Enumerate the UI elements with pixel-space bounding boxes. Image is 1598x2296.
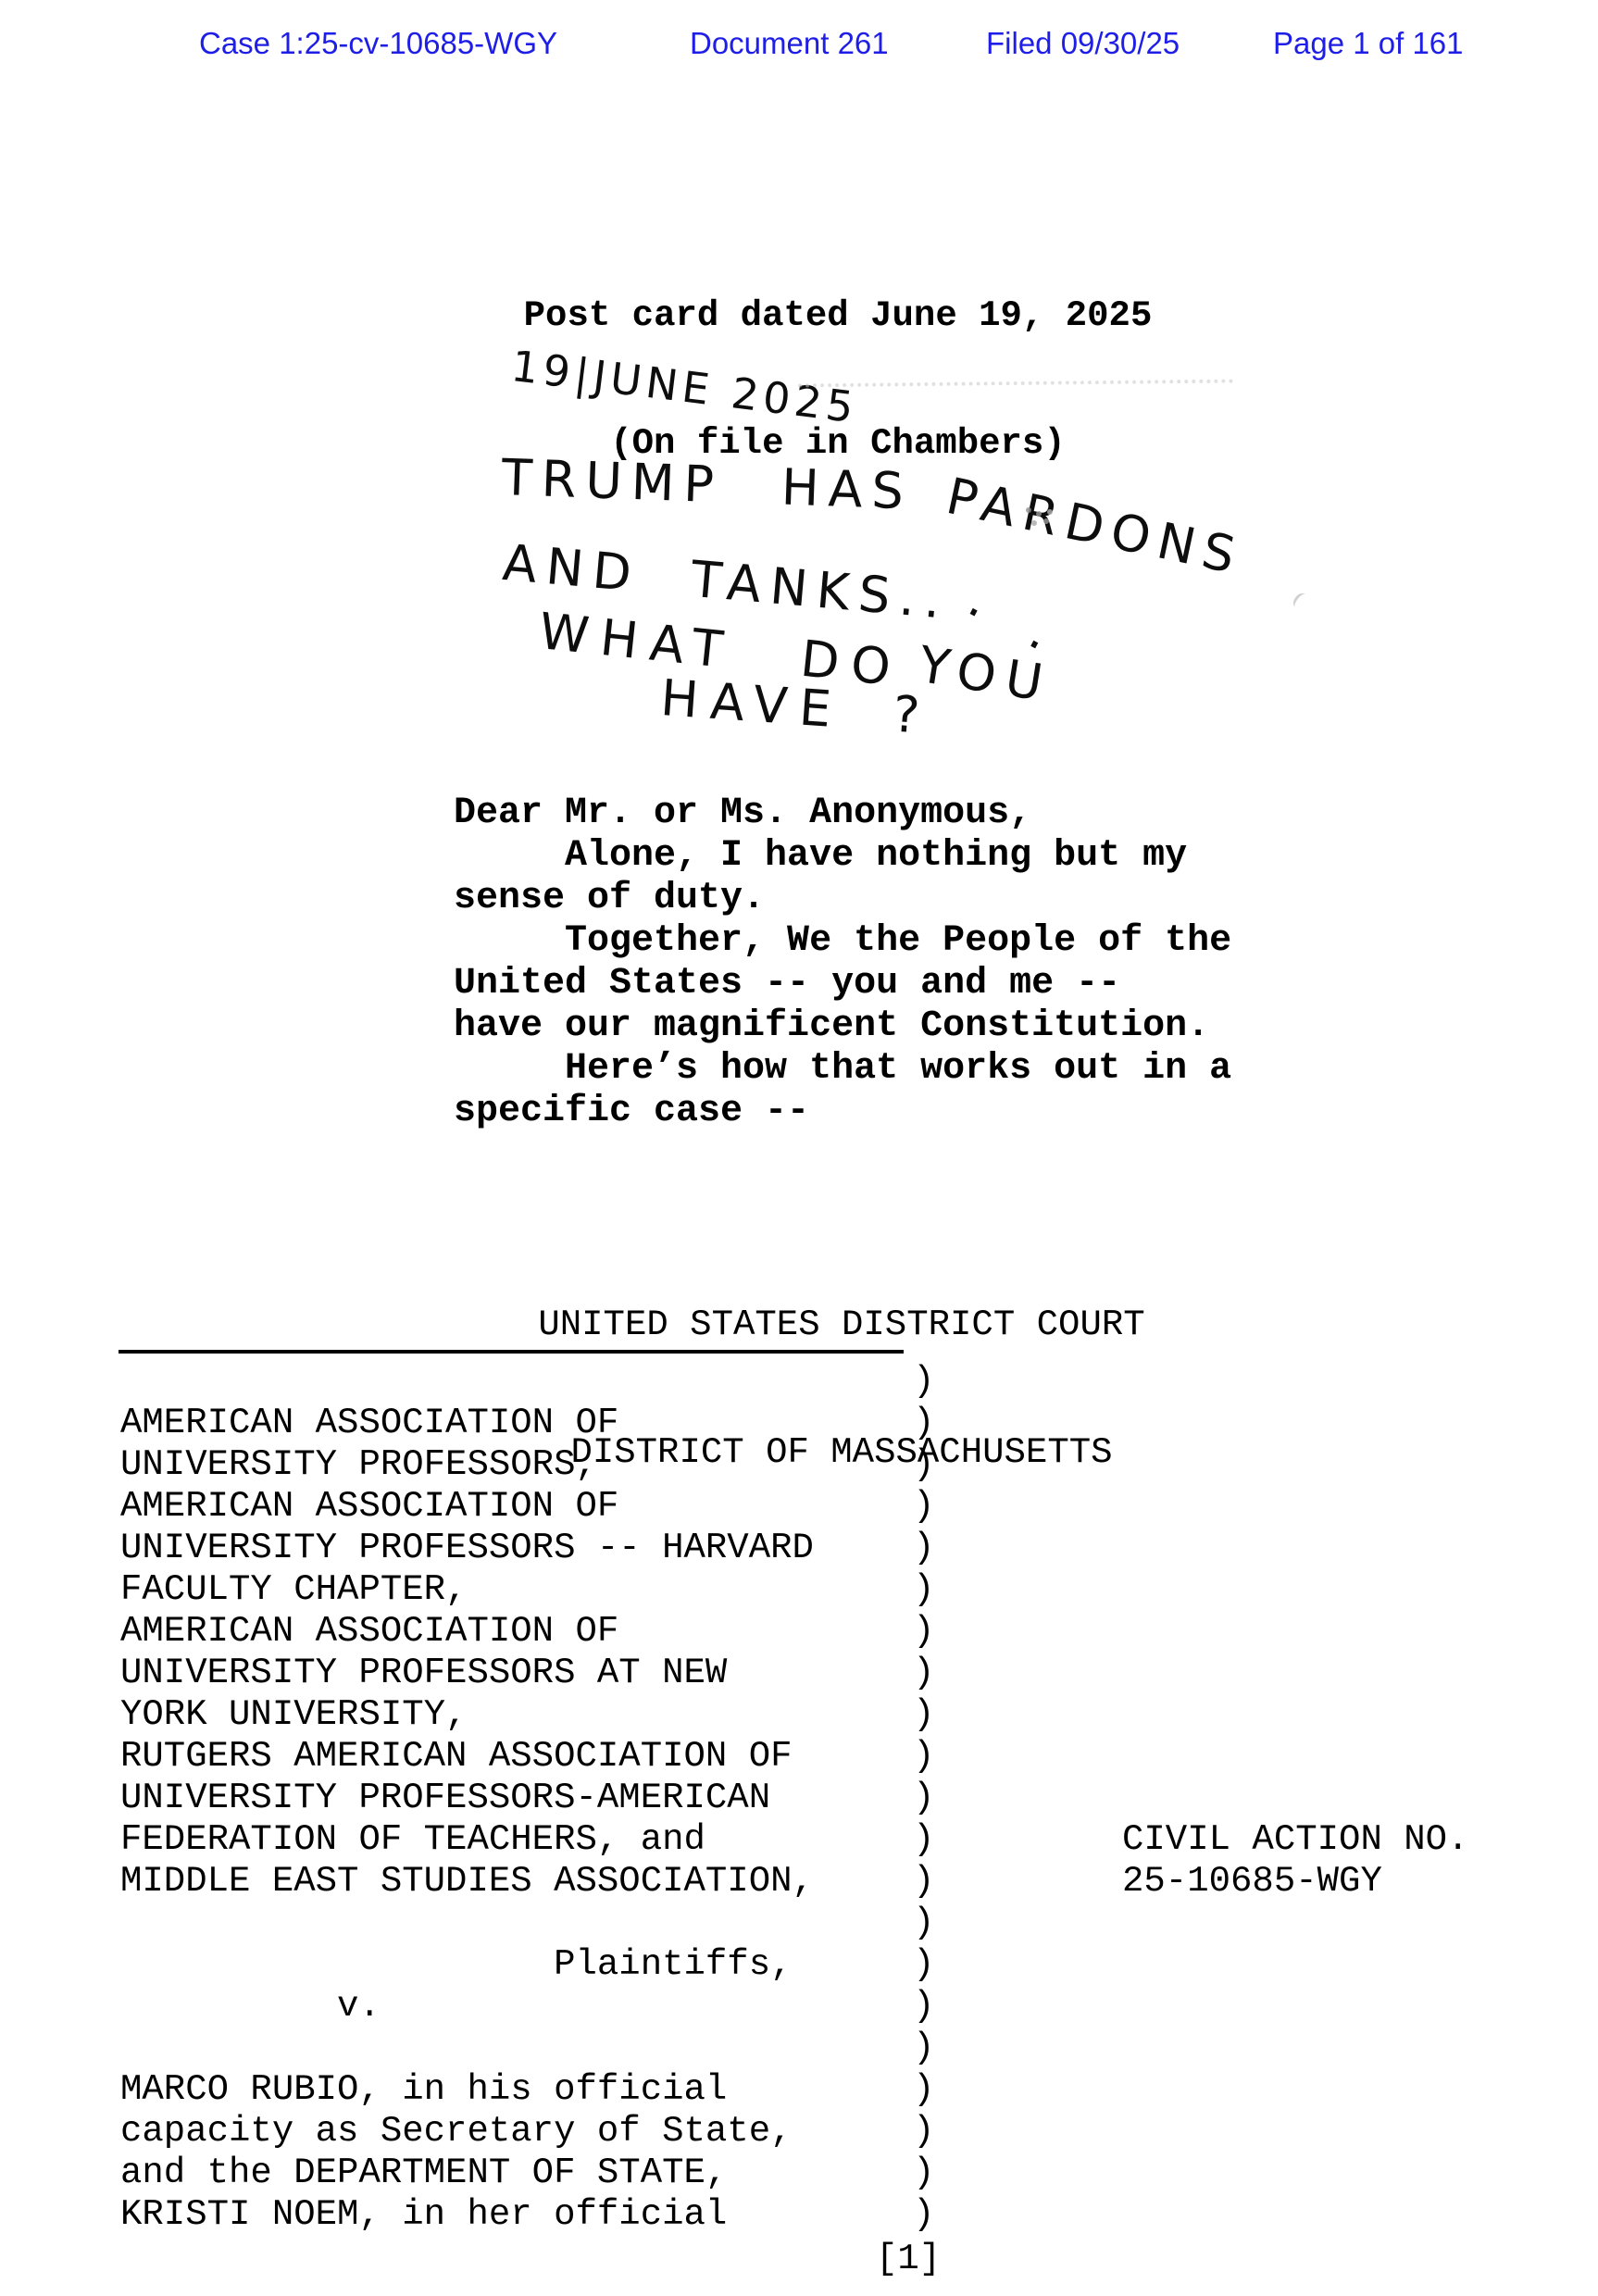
party-text: AMERICAN ASSOCIATION OF [120,1611,618,1653]
page-indicator: Page 1 of 161 [1273,26,1464,61]
caption-paren: ) [913,1861,934,1903]
party-text: UNIVERSITY PROFESSORS-AMERICAN [120,1778,770,1819]
party-text: AMERICAN ASSOCIATION OF [120,1486,618,1528]
document-number: Document 261 [690,26,889,61]
court-district: DISTRICT OF MASSACHUSETTS [535,1431,1148,1474]
letter-body: Dear Mr. or Ms. Anonymous, Alone, I have… [454,792,1231,1133]
court-name: UNITED STATES DISTRICT COURT [535,1304,1148,1346]
caption-paren: ) [913,1944,934,1986]
caption-paren: ) [913,2194,934,2236]
letter-line: Together, We the People of the [454,920,1231,963]
caption-paren: ) [913,1778,934,1819]
party-text: and the DEPARTMENT OF STATE, [120,2152,727,2194]
page-number: [1] [876,2239,941,2279]
caption-paren: ) [913,1569,934,1611]
party-text: MIDDLE EAST STUDIES ASSOCIATION, [120,1861,814,1903]
party-text: UNIVERSITY PROFESSORS -- HARVARD [120,1528,814,1569]
caption-paren: ) [913,1903,934,1944]
filed-date: Filed 09/30/25 [986,26,1180,61]
caption-paren: ) [913,2028,934,2069]
party-text: v. [120,1986,381,2028]
party-text: AMERICAN ASSOCIATION OF [120,1403,618,1444]
caption-paren: ) [913,1486,934,1528]
scanned-court-document-page: Case 1:25-cv-10685-WGY Document 261 File… [0,0,1598,2296]
civil-action-text: 25-10685-WGY [1122,1861,1382,1903]
caption-paren: ) [913,1528,934,1569]
party-text: UNIVERSITY PROFESSORS, [120,1444,597,1486]
party-text: YORK UNIVERSITY, [120,1694,467,1736]
scan-artifact-squiggle [1291,591,1310,611]
party-text: FEDERATION OF TEACHERS, and [120,1819,705,1861]
caption-paren: ) [913,1403,934,1444]
letter-line: United States -- you and me -- [454,963,1231,1005]
caption-paren: ) [913,1986,934,2028]
scan-artifact-speckle [1026,507,1031,513]
court-heading: UNITED STATES DISTRICT COURT DISTRICT OF… [535,1218,1148,1559]
postcard-title-line1: Post card dated June 19, 2025 [521,294,1155,337]
caption-paren: ) [913,1444,934,1486]
caption-paren: ) [913,2111,934,2152]
caption-paren: ) [913,1361,934,1403]
letter-line: Here’s how that works out in a [454,1048,1231,1091]
letter-line: Dear Mr. or Ms. Anonymous, [454,792,1231,835]
caption-divider-line [119,1350,904,1354]
letter-line: Alone, I have nothing but my [454,835,1231,878]
caption-paren: ) [913,1819,934,1861]
caption-paren: ) [913,1736,934,1778]
party-text: KRISTI NOEM, in her official [120,2194,727,2236]
civil-action-text: CIVIL ACTION NO. [1122,1819,1468,1861]
party-text: FACULTY CHAPTER, [120,1569,467,1611]
letter-line: sense of duty. [454,878,1231,920]
caption-paren: ) [913,2069,934,2111]
letter-line: have our magnificent Constitution. [454,1005,1231,1048]
caption-paren: ) [913,1611,934,1653]
party-text: capacity as Secretary of State, [120,2111,793,2152]
case-number: Case 1:25-cv-10685-WGY [199,26,557,61]
caption-paren: ) [913,2152,934,2194]
letter-line: specific case -- [454,1091,1231,1133]
party-text: Plaintiffs, [120,1944,793,1986]
party-text: RUTGERS AMERICAN ASSOCIATION OF [120,1736,793,1778]
party-text: UNIVERSITY PROFESSORS AT NEW [120,1653,727,1694]
caption-paren: ) [913,1653,934,1694]
party-text: MARCO RUBIO, in his official [120,2069,727,2111]
caption-paren: ) [913,1694,934,1736]
